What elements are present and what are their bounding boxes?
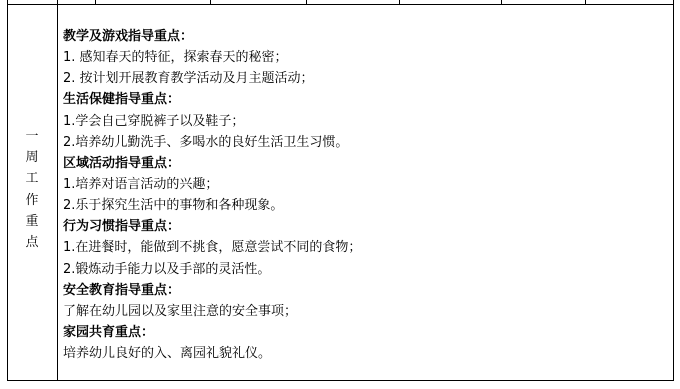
table-bottom-border xyxy=(7,380,674,381)
column-divider xyxy=(57,0,58,381)
prev-row-divider xyxy=(399,0,400,5)
row-label-weekly-focus: 一 周 工 作 重 点 xyxy=(7,126,57,253)
section-item: 2.乐于探究生活中的事物和各种现象。 xyxy=(63,195,668,216)
prev-row-divider xyxy=(501,0,502,5)
section-item: 培养幼儿良好的入、离园礼貌礼仪。 xyxy=(63,343,668,364)
row-label-char: 一 xyxy=(7,126,57,147)
row-label-char: 点 xyxy=(7,232,57,253)
row-label-char: 作 xyxy=(7,190,57,211)
section-item: 2.锻炼动手能力以及手部的灵活性。 xyxy=(63,259,668,280)
prev-row-divider xyxy=(95,0,96,5)
row-label-char: 重 xyxy=(7,211,57,232)
table-top-border xyxy=(7,4,674,5)
section-item: 1.在进餐时，能做到不挑食，愿意尝试不同的食物； xyxy=(63,237,668,258)
section-item: 1.学会自己穿脱裤子以及鞋子； xyxy=(63,111,668,132)
section-item: 1. 感知春天的特征，探索春天的秘密； xyxy=(63,47,668,68)
section-heading-home-school: 家园共育重点： xyxy=(63,322,668,343)
prev-row-divider xyxy=(585,0,586,5)
section-heading-safety: 安全教育指导重点： xyxy=(63,280,668,301)
section-item: 1.培养对语言活动的兴趣； xyxy=(63,174,668,195)
row-label-char: 工 xyxy=(7,168,57,189)
table-right-border xyxy=(673,0,674,381)
section-item: 2.培养幼儿勤洗手、多喝水的良好生活卫生习惯。 xyxy=(63,132,668,153)
row-label-char: 周 xyxy=(7,147,57,168)
prev-row-divider xyxy=(306,0,307,5)
weekly-focus-content: 教学及游戏指导重点： 1. 感知春天的特征，探索春天的秘密； 2. 按计划开展教… xyxy=(63,26,668,364)
prev-row-divider xyxy=(210,0,211,5)
section-heading-behavior: 行为习惯指导重点： xyxy=(63,216,668,237)
section-item: 2. 按计划开展教育教学活动及月主题活动； xyxy=(63,68,668,89)
section-heading-health: 生活保健指导重点： xyxy=(63,89,668,110)
prev-row-divider xyxy=(7,0,8,5)
section-heading-teaching: 教学及游戏指导重点： xyxy=(63,26,668,47)
section-item: 了解在幼儿园以及家里注意的安全事项； xyxy=(63,301,668,322)
section-heading-area-activity: 区域活动指导重点： xyxy=(63,153,668,174)
